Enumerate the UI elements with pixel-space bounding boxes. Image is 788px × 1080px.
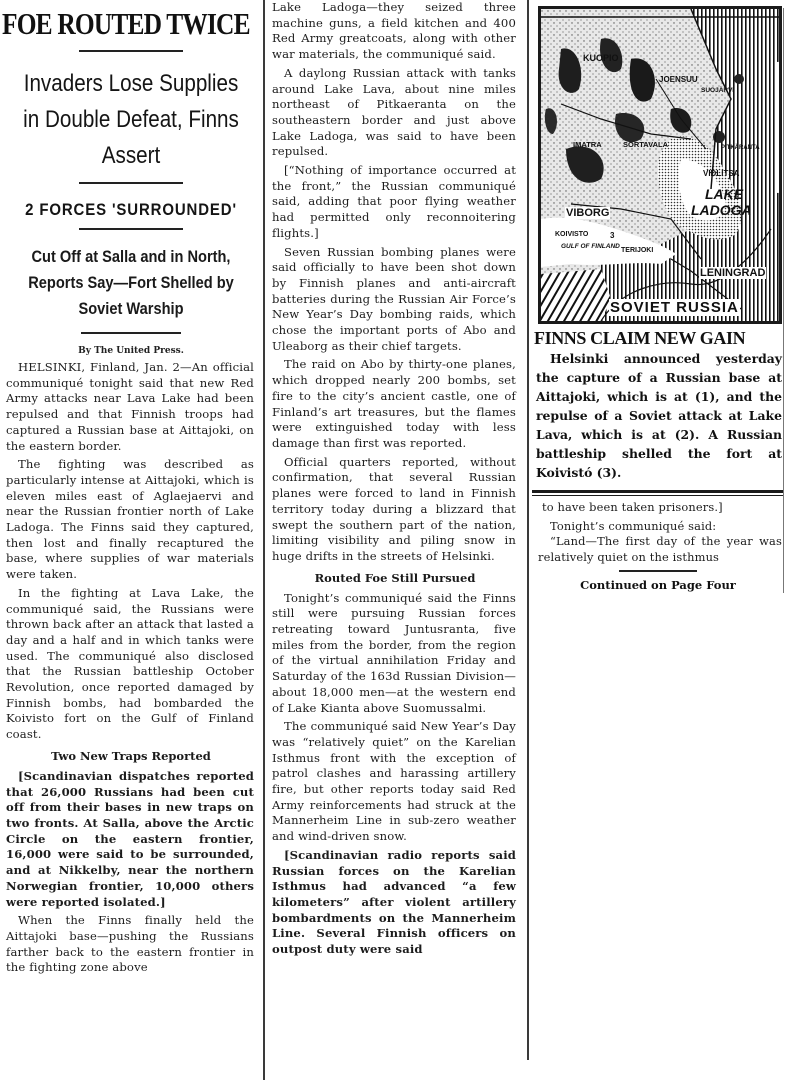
headline-divider [79,182,183,184]
map-marker-3: 3 [609,231,615,240]
paragraph: Seven Russian bombing planes were said o… [272,245,516,355]
paragraph: to have been taken prisoners.] [538,500,782,516]
map-label-viborg: VIBORG [565,207,610,219]
map-label-lake: LAKE [705,186,743,202]
deck-headline-2: 2 FORCES 'SURROUNDED' [16,200,247,220]
headline-divider [81,332,181,334]
paragraph: A daylong Russian attack with tanks arou… [272,66,516,160]
map-label-terijoki: TERIJOKI [621,247,653,254]
paragraph: The fighting was described as particular… [6,457,254,583]
map-label-vidlitsa: VIDLITSA [703,169,739,178]
paragraph: [Scandinavian radio reports said Russian… [272,848,516,958]
paragraph: [Scandinavian dispatches reported that 2… [6,769,254,910]
paragraph: The raid on Abo by thirty-one planes, wh… [272,357,516,451]
map-label-soviet-russia-side: SOVIET RUSSIA [776,62,782,193]
column-1: FOE ROUTED TWICE Invaders Lose Supplies … [0,0,262,1080]
paragraph: [“Nothing of importance occurred at the … [272,163,516,242]
map-finland-karelia: KUOPIO JOENSUU SUOJÄRVI IMATRA SORTAVALA… [538,6,782,324]
map-label-ladoga: LADOGA [691,202,752,218]
paragraph: The communiqué said New Year’s Day was “… [272,719,516,845]
jump-divider [619,570,697,572]
main-headline: FOE ROUTED TWICE [2,6,215,42]
map-label-kuopio: KUOPIO [583,53,619,63]
deck-headline-1: Invaders Lose Supplies in Double Defeat,… [18,66,243,174]
article-body-col2: Lake Ladoga—they seized three machine gu… [266,0,524,565]
page-edge [783,8,784,593]
article-body-col2-after-subhead: Tonight’s communiqué said the Finns stil… [266,591,524,958]
column-divider [263,0,265,1080]
paragraph: Lake Ladoga—they seized three machine gu… [272,0,516,63]
subhead-routed-foe: Routed Foe Still Pursued [266,571,524,585]
headline-divider [79,228,183,230]
paragraph: Tonight’s communiqué said the Finns stil… [272,591,516,717]
map-label-pitkaranta: PITKÄRANTA [721,145,760,151]
paragraph: “Land—The first day of the year was rela… [538,534,782,565]
column-2: Lake Ladoga—they seized three machine gu… [266,0,524,1080]
paragraph: When the Finns finally held the Aittajok… [6,913,254,976]
byline: By The United Press. [0,346,262,356]
article-body-col3: to have been taken prisoners.] Tonight’s… [532,500,784,566]
section-divider [532,490,784,496]
article-body-col1-after-subhead: [Scandinavian dispatches reported that 2… [0,769,262,976]
caption-paragraph: Helsinki announced yesterday the capture… [536,349,782,482]
deck-headline-3: Cut Off at Salla and in North, Reports S… [18,244,243,322]
column-3: KUOPIO JOENSUU SUOJÄRVI IMATRA SORTAVALA… [532,0,784,590]
map-label-leningrad: LENINGRAD [699,267,766,279]
map-label-soviet-russia-bottom: SOVIET RUSSIA [609,299,740,316]
map-label-suojarvi: SUOJÄRVI [701,87,734,94]
map-label-sortavala: SORTAVALA [623,140,668,149]
paragraph: In the fighting at Lava Lake, the commun… [6,586,254,743]
continued-on-page-link[interactable]: Continued on Page Four [532,578,784,592]
paragraph: HELSINKI, Finland, Jan. 2—An official co… [6,360,254,454]
column-divider [527,0,529,1060]
map-label-joensuu: JOENSUU [659,75,698,84]
subhead-two-new-traps: Two New Traps Reported [0,749,262,763]
map-label-imatra: IMATRA [573,140,602,149]
paragraph: Tonight’s communiqué said: [538,519,782,535]
map-label-koivisto: KOIVISTO [555,231,588,238]
headline-divider [79,50,183,52]
map-label-gulf-of-finland: GULF OF FINLAND [561,243,620,250]
map-caption-headline: FINNS CLAIM NEW GAIN [534,328,784,349]
paragraph: Official quarters reported, without conf… [272,455,516,565]
map-caption-text: Helsinki announced yesterday the capture… [532,349,784,482]
article-body-col1: HELSINKI, Finland, Jan. 2—An official co… [0,360,262,743]
